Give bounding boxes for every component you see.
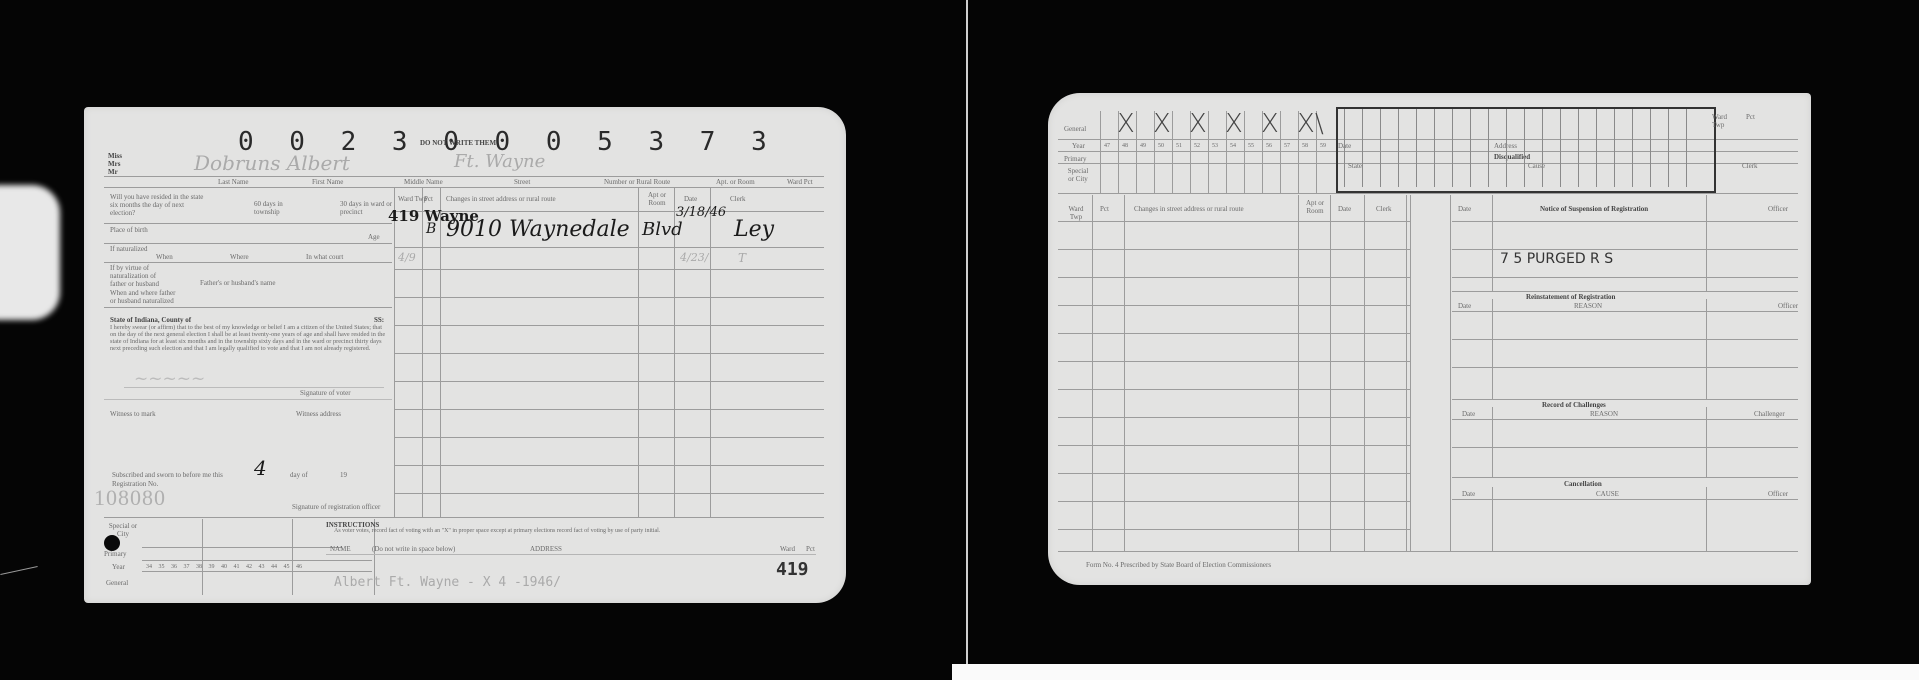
history-years: 34 35 36 37 38 39 40 41 42 43 44 45 46	[146, 563, 302, 571]
challenges-header-date: Date	[1462, 410, 1475, 418]
vote-x-mark: X	[1225, 109, 1243, 139]
changes-header-apt: Apt or Room	[642, 191, 672, 207]
question-township: 60 days in township	[254, 200, 304, 216]
witness-address-label: Witness address	[296, 410, 341, 418]
history-label-primary: Primary	[104, 550, 127, 558]
vote-x-mark: X	[1261, 109, 1279, 139]
suspension-header-officer: Officer	[1768, 205, 1788, 213]
purged-stamp: 7 5 PURGED R S	[1500, 251, 1613, 267]
year-52: 52	[1194, 142, 1200, 150]
year-55: 55	[1248, 142, 1254, 150]
salutation-mr: Mr	[108, 168, 118, 176]
question-what-court: In what court	[306, 253, 343, 261]
row1-clerk: Ley	[734, 217, 774, 242]
year-49: 49	[1140, 142, 1146, 150]
cancellation-title: Cancellation	[1564, 480, 1602, 488]
history-label-special: Special or City	[1064, 167, 1092, 183]
scan-bottom-edge	[952, 664, 1919, 680]
reinstatement-header-date: Date	[1458, 302, 1471, 310]
vote-x-mark: X	[1189, 109, 1207, 139]
history-grid: 4748X4950X5152X5354X5556X5758X59\	[1100, 111, 1340, 193]
row2-clerk: T	[738, 251, 746, 265]
instructions-name: NAME	[330, 545, 351, 553]
question-when: When	[156, 253, 173, 261]
changes-header-address: Changes in street address or rural route	[1134, 205, 1244, 213]
label-number-route: Number or Rural Route	[604, 178, 670, 186]
changes-table-rows	[1058, 221, 1410, 551]
row1-date: 3/18/46	[676, 205, 726, 220]
year-50: 50	[1158, 142, 1164, 150]
cancellation-header-date: Date	[1462, 490, 1475, 498]
row2-ward: 4/9	[398, 251, 416, 264]
row1-pct: B	[426, 221, 436, 237]
box-pct: Pct	[1746, 113, 1755, 121]
reinstatement-header-officer: Officer	[1778, 302, 1798, 310]
vote-x-mark: X	[1153, 109, 1171, 139]
year-54: 54	[1230, 142, 1236, 150]
salutation-miss: Miss	[108, 152, 122, 160]
oath-heading: State of Indiana, County of	[110, 316, 191, 324]
box-ward-twp: Ward Twp	[1712, 113, 1730, 129]
registration-card-back: General Year Primary Special or City 474…	[1048, 93, 1811, 585]
scan-divider	[966, 0, 968, 664]
subscribed-day: 4	[254, 456, 267, 480]
question-where: Where	[230, 253, 249, 261]
subscribed-label: Subscribed and sworn to before me this	[112, 471, 223, 479]
boxed-tick-marks	[1344, 109, 1708, 187]
registration-number: 108080	[94, 485, 166, 511]
changes-header-ward: Ward Twp	[1064, 205, 1088, 221]
changes-header-clerk: Clerk	[1376, 205, 1392, 213]
form-footer: Form No. 4 Prescribed by State Board of …	[1086, 561, 1271, 569]
registration-card-front: 0 0 2 3 0 0 0 5 3 7 3 DO NOT WRITE THEM …	[84, 107, 846, 603]
row2-date: 4/23/	[680, 251, 708, 264]
label-last-name: Last Name	[218, 178, 249, 186]
row1-address: 9010 Waynedale	[446, 217, 630, 242]
challenges-header-reason: REASON	[1590, 410, 1618, 418]
history-label-year: Year	[112, 563, 125, 571]
label-first-name: First Name	[312, 178, 343, 186]
oath-ss: SS:	[374, 316, 384, 324]
year-prefix: 19	[340, 471, 347, 479]
instructions-ward: Ward	[780, 545, 795, 553]
question-naturalized: If naturalized	[110, 245, 170, 253]
year-57: 57	[1284, 142, 1290, 150]
history-label-primary: Primary	[1064, 155, 1087, 163]
instructions-do-not-write: (Do not write in space below)	[372, 545, 455, 553]
voter-signature: ~~~~~	[134, 369, 205, 389]
scan-scratch	[0, 566, 37, 575]
instructions-address: ADDRESS	[530, 545, 562, 553]
reinstatement-title: Reinstatement of Registration	[1526, 293, 1615, 301]
question-place-of-birth: Place of birth	[110, 226, 150, 234]
changes-header-address: Changes in street address or rural route	[446, 195, 556, 203]
cancellation-header-officer: Officer	[1768, 490, 1788, 498]
registration-officer-label: Signature of registration officer	[292, 503, 380, 511]
question-by-virtue: If by virtue of naturalization of father…	[110, 264, 172, 288]
challenges-header-challenger: Challenger	[1754, 410, 1785, 418]
changes-header-pct: Pct	[1100, 205, 1109, 213]
voter-name-handwritten: Dobruns Albert	[194, 151, 350, 175]
changes-header-clerk: Clerk	[730, 195, 746, 203]
question-when-where-father: When and where father or husband natural…	[110, 289, 182, 305]
changes-header-pct: Pct	[424, 195, 433, 203]
year-58: 58	[1302, 142, 1308, 150]
year-59: 59	[1320, 142, 1326, 150]
salutation-mrs: Mrs	[108, 160, 120, 168]
witness-to-mark-label: Witness to mark	[110, 410, 156, 418]
changes-header-date: Date	[1338, 205, 1351, 213]
suspension-header-notice: Notice of Suspension of Registration	[1540, 205, 1648, 213]
history-label-special: Special or City	[108, 522, 138, 538]
year-48: 48	[1122, 142, 1128, 150]
instructions-pct: Pct	[806, 545, 815, 553]
year-47: 47	[1104, 142, 1110, 150]
cancellation-header-cause: CAUSE	[1596, 490, 1619, 498]
label-ward-pct: Ward Pct	[787, 178, 813, 186]
reinstatement-header-reason: REASON	[1574, 302, 1602, 310]
question-resided: Will you have resided in the state six m…	[110, 193, 205, 217]
instructions-text: As voter votes, record fact of voting wi…	[334, 528, 774, 535]
label-apt-room: Apt. or Room	[716, 178, 755, 186]
row1-apt: Blvd	[642, 219, 683, 240]
year-56: 56	[1266, 142, 1272, 150]
signature-label: Signature of voter	[300, 389, 351, 397]
question-fathers-name: Father's or husband's name	[200, 279, 275, 287]
history-label-general: General	[106, 579, 128, 587]
ward-stamp: 419	[776, 559, 809, 580]
challenges-title: Record of Challenges	[1542, 401, 1606, 409]
header-instruction: DO NOT WRITE THEM	[420, 139, 496, 147]
vote-x-mark: X	[1297, 109, 1315, 139]
history-label-general: General	[1064, 125, 1086, 133]
vote-x-mark: \	[1315, 109, 1324, 139]
suspension-header-date: Date	[1458, 205, 1471, 213]
question-age: Age	[368, 233, 380, 241]
voter-address-handwritten: Ft. Wayne	[454, 151, 545, 172]
vote-x-mark: X	[1117, 109, 1135, 139]
label-middle-name: Middle Name	[404, 178, 443, 186]
scan-glare-artifact	[0, 185, 60, 320]
changes-header-apt: Apt or Room	[1302, 199, 1328, 215]
changes-header-ward: Ward Twp	[398, 195, 427, 203]
changes-header-date: Date	[684, 195, 697, 203]
typed-footer: Albert Ft. Wayne - X 4 -1946/	[334, 575, 561, 590]
day-of-label: day of	[290, 471, 308, 479]
box-clerk: Clerk	[1742, 162, 1758, 170]
oath-text: I hereby swear (or affirm) that to the b…	[110, 324, 386, 352]
year-53: 53	[1212, 142, 1218, 150]
year-51: 51	[1176, 142, 1182, 150]
history-label-year: Year	[1072, 142, 1085, 150]
label-street: Street	[514, 178, 530, 186]
